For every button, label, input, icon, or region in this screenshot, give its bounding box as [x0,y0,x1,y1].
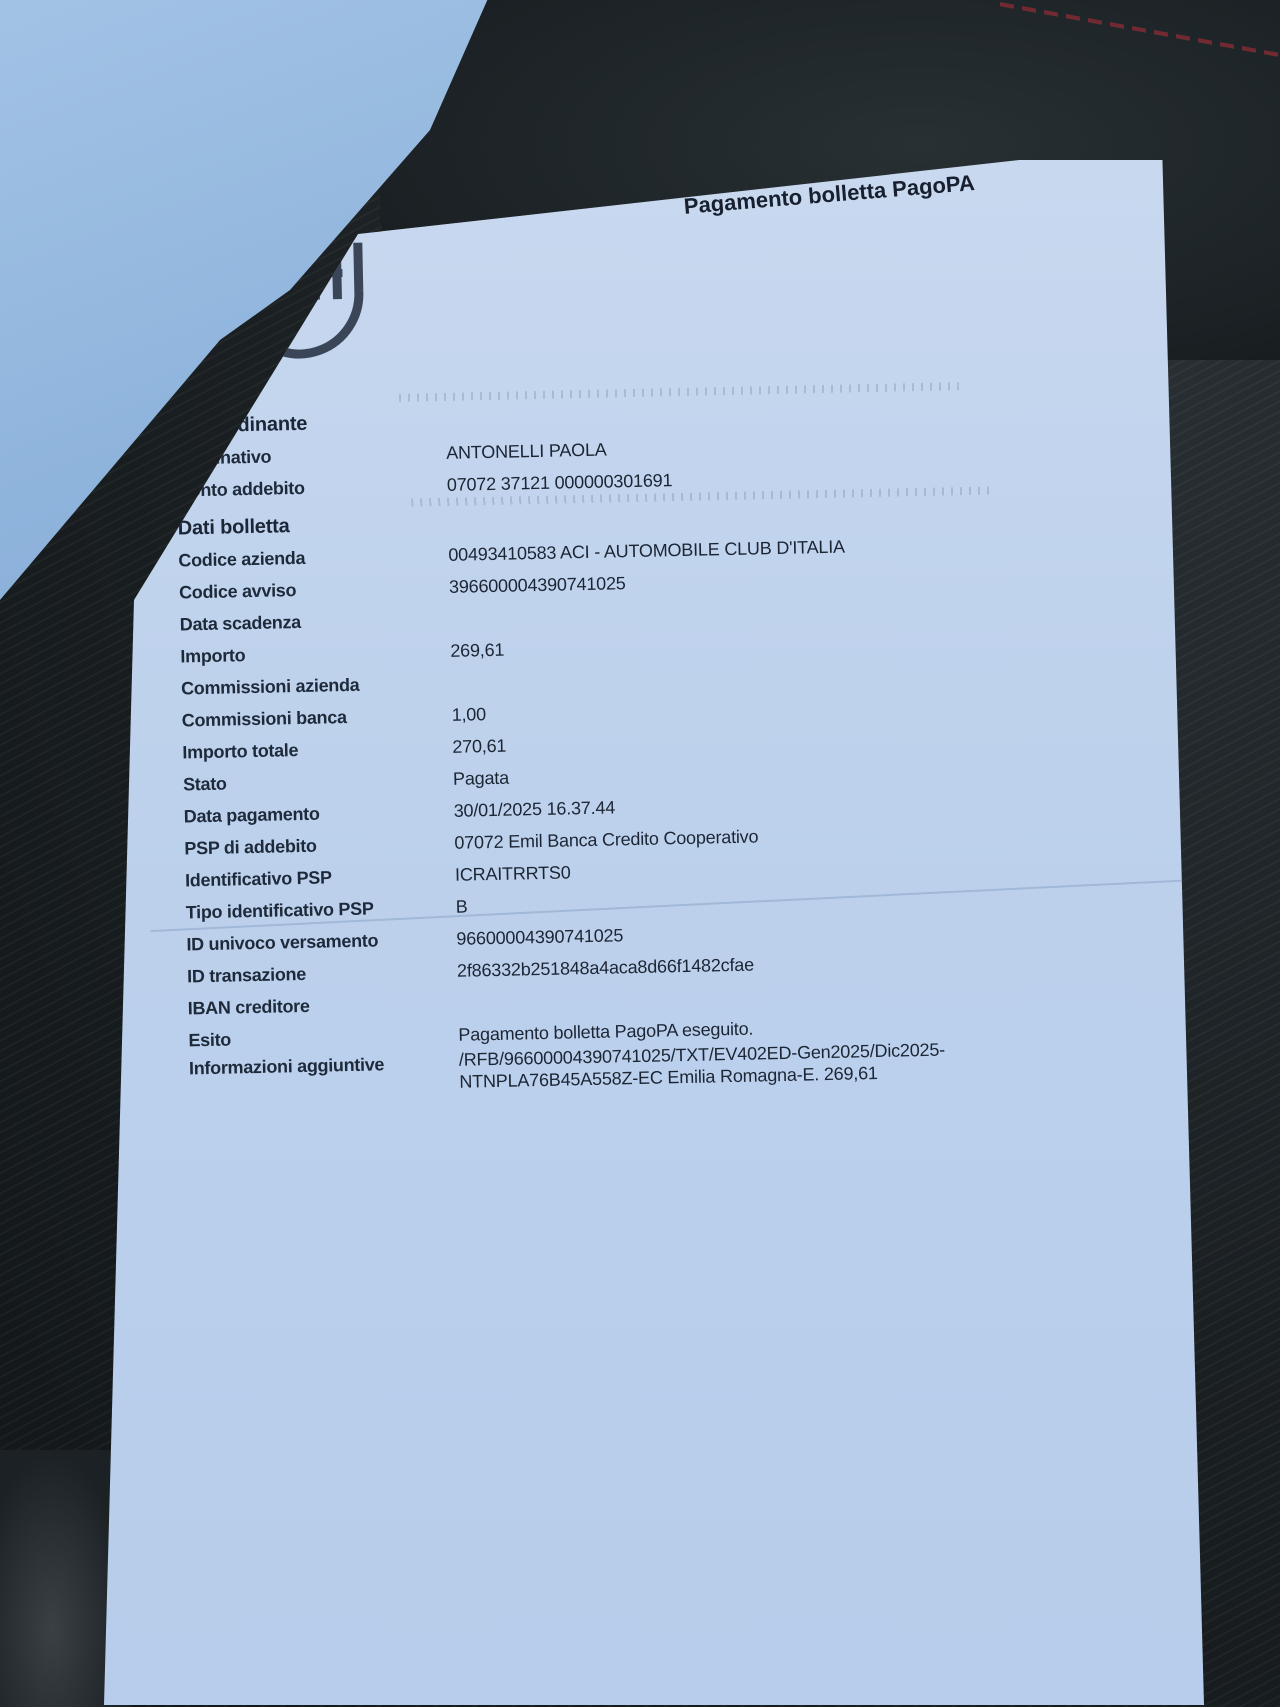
payment-receipt: Pagamento bolletta PagoPA Dati ordinante… [104,160,1204,1705]
field-label: Informazioni aggiuntive [189,1047,460,1099]
receipt-body: Dati ordinante Nominativo ANTONELLI PAOL… [175,392,1069,1098]
field-label: Conto addebito [177,469,448,507]
